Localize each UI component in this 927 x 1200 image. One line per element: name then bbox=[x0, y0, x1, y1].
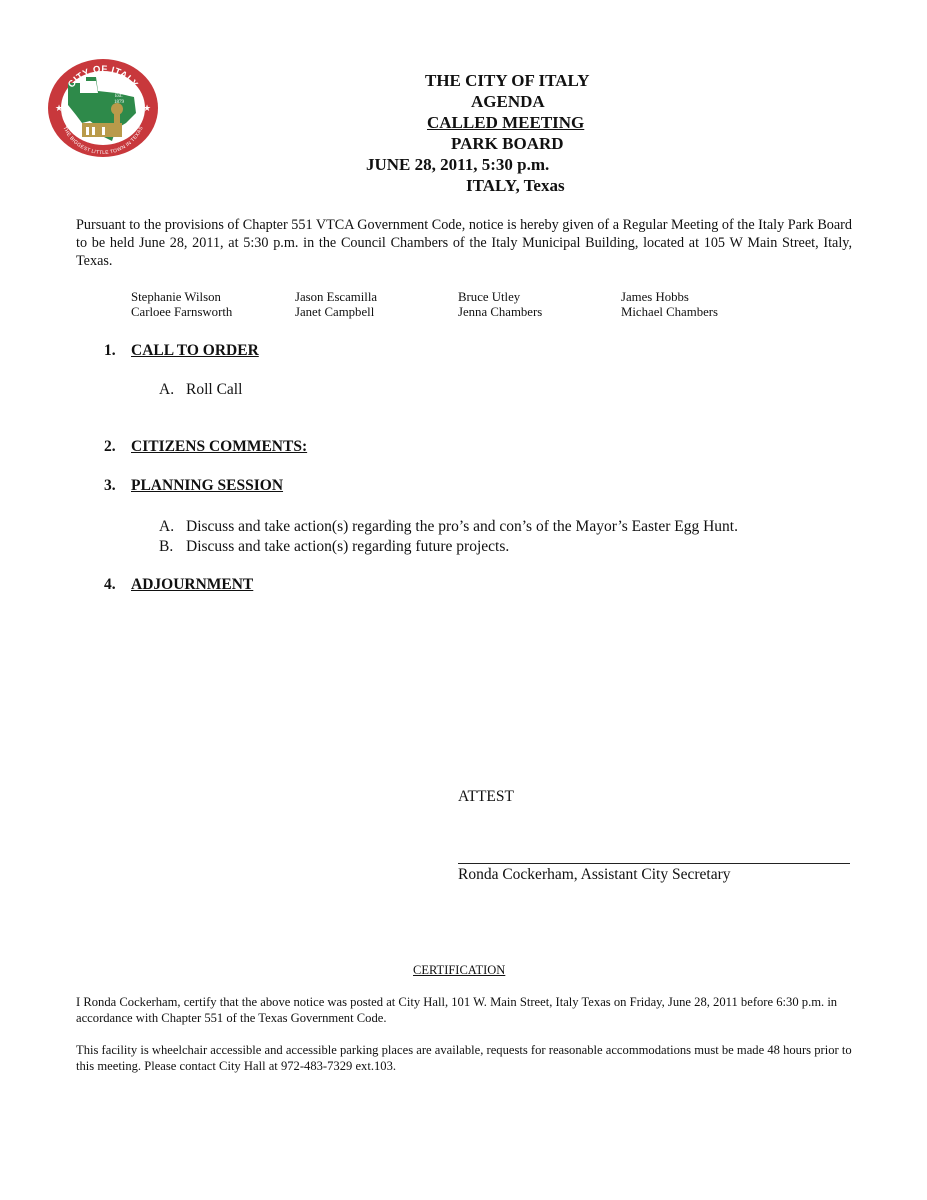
agenda-item-title: ADJOURNMENT bbox=[131, 576, 253, 594]
star-icon: ★ bbox=[143, 103, 151, 113]
member-name: Janet Campbell bbox=[295, 305, 374, 320]
header-board: PARK BOARD bbox=[451, 133, 564, 154]
agenda-item-title: CALL TO ORDER bbox=[131, 342, 259, 360]
agenda-item-title: CITIZENS COMMENTS: bbox=[131, 438, 307, 456]
member-name: Jason Escamilla bbox=[295, 290, 377, 305]
agenda-item-number: 1. bbox=[104, 342, 116, 360]
agenda-sub-letter: A. bbox=[159, 518, 174, 536]
certification-title: CERTIFICATION bbox=[413, 963, 505, 978]
notice-paragraph: Pursuant to the provisions of Chapter 55… bbox=[76, 216, 852, 270]
header-date: JUNE 28, 2011, 5:30 p.m. bbox=[366, 154, 549, 175]
header-city: THE CITY OF ITALY bbox=[425, 70, 590, 91]
header-agenda: AGENDA bbox=[471, 91, 545, 112]
accessibility-notice: This facility is wheelchair accessible a… bbox=[76, 1042, 852, 1074]
member-name: Bruce Utley bbox=[458, 290, 520, 305]
member-name: James Hobbs bbox=[621, 290, 689, 305]
agenda-sub-letter: B. bbox=[159, 538, 173, 556]
agenda-sub-item: Discuss and take action(s) regarding fut… bbox=[186, 538, 509, 556]
attest-label: ATTEST bbox=[458, 788, 514, 806]
agenda-item-number: 2. bbox=[104, 438, 116, 456]
agenda-item-number: 3. bbox=[104, 477, 116, 495]
member-name: Michael Chambers bbox=[621, 305, 718, 320]
agenda-item-number: 4. bbox=[104, 576, 116, 594]
city-seal-logo: Est. 1879 CITY OF ITALY THE BIGGEST LITT… bbox=[46, 57, 160, 159]
member-name: Jenna Chambers bbox=[458, 305, 542, 320]
agenda-sub-item: Discuss and take action(s) regarding the… bbox=[186, 518, 738, 536]
header-meeting-type: CALLED MEETING bbox=[427, 112, 584, 133]
signature-line bbox=[458, 863, 850, 864]
city-seal-icon: Est. 1879 CITY OF ITALY THE BIGGEST LITT… bbox=[46, 57, 160, 159]
certification-statement: I Ronda Cockerham, certify that the abov… bbox=[76, 994, 852, 1026]
svg-text:Est.: Est. bbox=[115, 94, 123, 99]
star-icon: ★ bbox=[55, 103, 63, 113]
signer-name: Ronda Cockerham, Assistant City Secretar… bbox=[458, 866, 731, 884]
member-name: Carloee Farnsworth bbox=[131, 305, 232, 320]
agenda-item-title: PLANNING SESSION bbox=[131, 477, 283, 495]
member-name: Stephanie Wilson bbox=[131, 290, 221, 305]
header-location: ITALY, Texas bbox=[466, 175, 565, 196]
agenda-sub-letter: A. bbox=[159, 381, 174, 399]
agenda-sub-item: Roll Call bbox=[186, 381, 242, 399]
